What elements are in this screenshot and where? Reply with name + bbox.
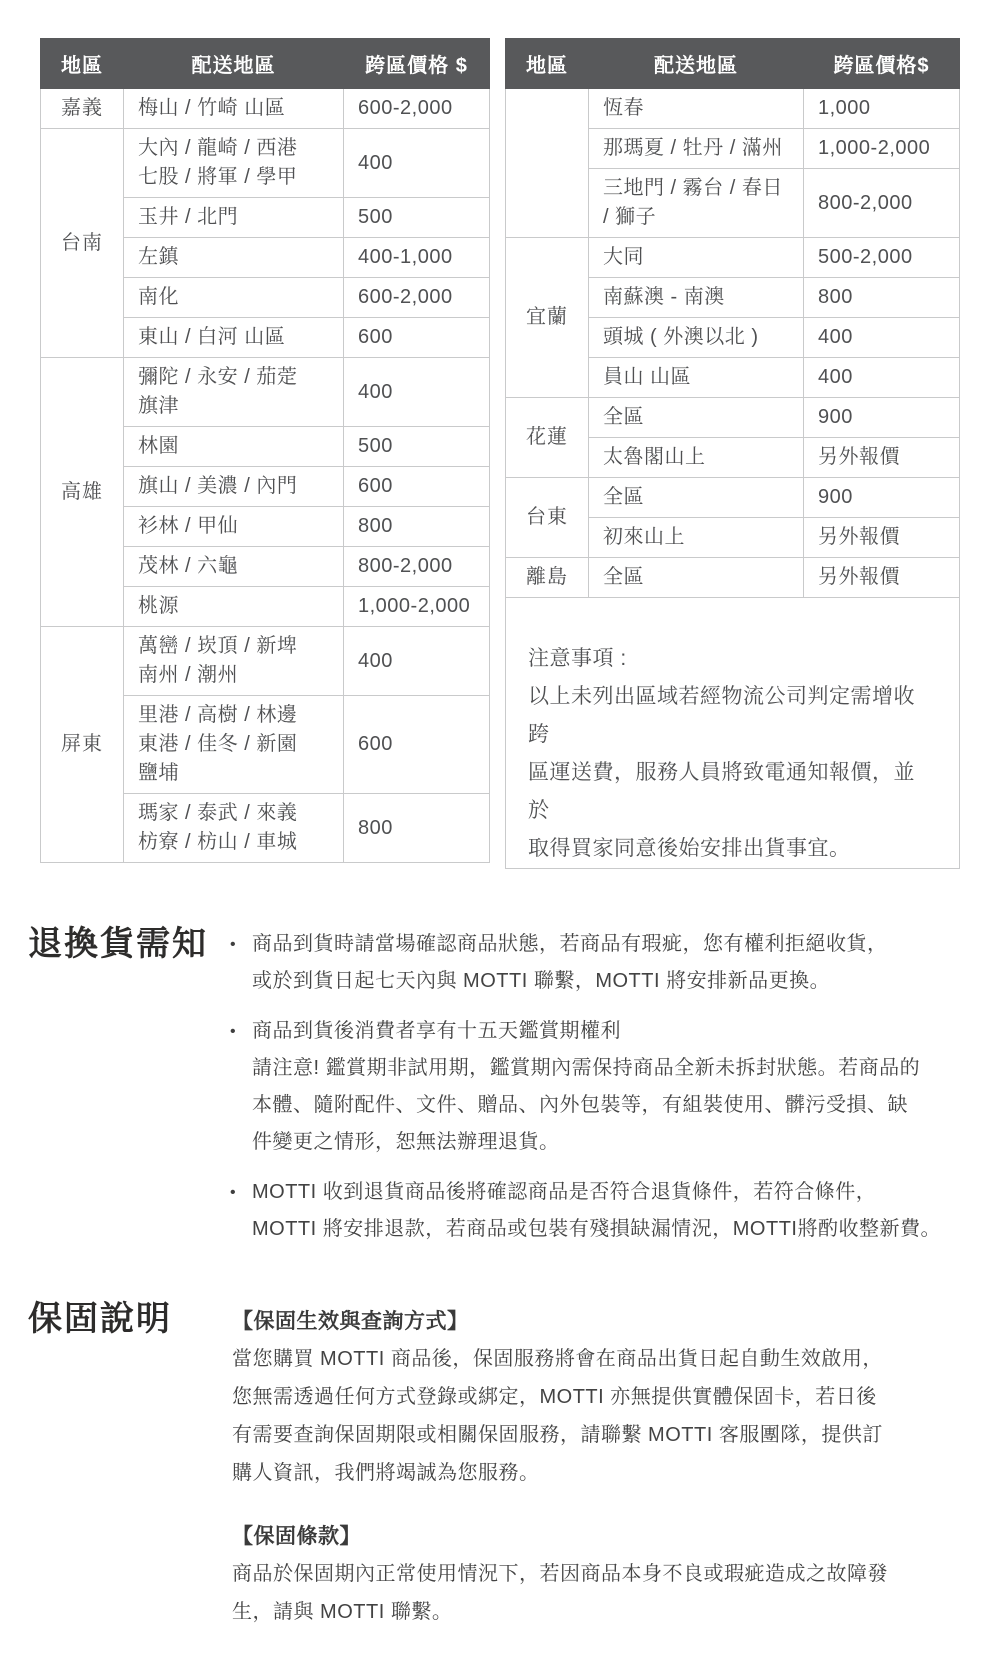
warranty-heading: 保固說明 (28, 1301, 230, 1338)
price-cell: 800 (344, 794, 490, 863)
return-policy-text: 商品到貨時請當場確認商品狀態，若商品有瑕疵，您有權利拒絕收貨， 或於到貨日起七天… (252, 926, 964, 1000)
price-cell: 900 (804, 398, 960, 438)
delivery-area-cell: 南化 (124, 278, 344, 318)
delivery-area-cell: 林園 (124, 427, 344, 467)
warranty-activation-body: 當您購買 MOTTI 商品後，保固服務將會在商品出貨日起自動生效啟用， 您無需透… (232, 1340, 964, 1492)
delivery-area-cell: 全區 (589, 398, 804, 438)
returns-heading: 退換貨需知 (28, 926, 230, 963)
region-cell: 花蓮 (506, 398, 589, 478)
delivery-area-cell: 頭城 ( 外澳以北 ) (589, 318, 804, 358)
table-row: 花蓮全區900 (506, 398, 960, 438)
column-header: 地區 (41, 39, 124, 89)
delivery-area-cell: 彌陀 / 永安 / 茄萣 旗津 (124, 358, 344, 427)
price-cell: 400 (344, 129, 490, 198)
price-cell: 600 (344, 696, 490, 794)
delivery-area-cell: 初來山上 (589, 518, 804, 558)
returns-bullet-list: •商品到貨時請當場確認商品狀態，若商品有瑕疵，您有權利拒絕收貨， 或於到貨日起七… (230, 926, 964, 1261)
delivery-area-cell: 瑪家 / 泰武 / 來義 枋寮 / 枋山 / 車城 (124, 794, 344, 863)
price-cell: 800 (804, 278, 960, 318)
warranty-terms-title: 【保固條款】 (232, 1518, 964, 1555)
delivery-area-cell: 恆春 (589, 89, 804, 129)
price-cell: 1,000 (804, 89, 960, 129)
delivery-area-cell: 茂林 / 六龜 (124, 547, 344, 587)
column-header: 配送地區 (589, 39, 804, 89)
delivery-area-cell: 全區 (589, 478, 804, 518)
return-policy-text: 商品到貨後消費者享有十五天鑑賞期權利 請注意! 鑑賞期非試用期，鑑賞期內需保持商… (252, 1013, 964, 1161)
region-cell: 屏東 (41, 627, 124, 863)
shipping-price-table-right: 地區配送地區跨區價格$恆春1,000那瑪夏 / 牡丹 / 滿州1,000-2,0… (505, 38, 960, 598)
delivery-area-cell: 全區 (589, 558, 804, 598)
price-cell: 400 (804, 318, 960, 358)
delivery-area-cell: 桃源 (124, 587, 344, 627)
table-row: 嘉義梅山 / 竹崎 山區600-2,000 (41, 89, 490, 129)
price-cell: 800-2,000 (804, 169, 960, 238)
table-row: 離島全區另外報價 (506, 558, 960, 598)
notice-text: 注意事項 : 以上未列出區域若經物流公司判定需增收跨 區運送費，服務人員將致電通… (528, 640, 935, 868)
region-cell: 台東 (506, 478, 589, 558)
price-cell: 500 (344, 198, 490, 238)
delivery-area-cell: 里港 / 高樹 / 林邊 東港 / 佳冬 / 新園 鹽埔 (124, 696, 344, 794)
region-cell (506, 89, 589, 238)
price-cell: 900 (804, 478, 960, 518)
price-cell: 500 (344, 427, 490, 467)
delivery-area-cell: 三地門 / 霧台 / 春日 / 獅子 (589, 169, 804, 238)
price-cell: 600 (344, 467, 490, 507)
price-cell: 600-2,000 (344, 89, 490, 129)
column-header: 配送地區 (124, 39, 344, 89)
table-row: 台東全區900 (506, 478, 960, 518)
region-cell: 宜蘭 (506, 238, 589, 398)
warranty-terms-body: 商品於保固期內正常使用情況下，若因商品本身不良或瑕疵造成之故障發 生，請與 MO… (232, 1555, 964, 1631)
region-cell: 台南 (41, 129, 124, 358)
delivery-area-cell: 東山 / 白河 山區 (124, 318, 344, 358)
delivery-area-cell: 左鎮 (124, 238, 344, 278)
column-header: 跨區價格$ (804, 39, 960, 89)
price-cell: 600-2,000 (344, 278, 490, 318)
delivery-area-cell: 梅山 / 竹崎 山區 (124, 89, 344, 129)
shipping-fee-tables: 地區配送地區跨區價格 $嘉義梅山 / 竹崎 山區600-2,000台南大內 / … (0, 0, 1000, 869)
warranty-section: 保固說明 【保固生效與查詢方式】 當您購買 MOTTI 商品後，保固服務將會在商… (0, 1301, 1000, 1657)
table-header-row: 地區配送地區跨區價格$ (506, 39, 960, 89)
region-cell: 離島 (506, 558, 589, 598)
page: 地區配送地區跨區價格 $嘉義梅山 / 竹崎 山區600-2,000台南大內 / … (0, 0, 1000, 1657)
delivery-area-cell: 員山 山區 (589, 358, 804, 398)
right-table-column: 地區配送地區跨區價格$恆春1,000那瑪夏 / 牡丹 / 滿州1,000-2,0… (505, 38, 960, 869)
delivery-area-cell: 大同 (589, 238, 804, 278)
price-cell: 600 (344, 318, 490, 358)
bullet-icon: • (230, 1174, 252, 1211)
warranty-activation-title: 【保固生效與查詢方式】 (232, 1303, 964, 1340)
left-table-column: 地區配送地區跨區價格 $嘉義梅山 / 竹崎 山區600-2,000台南大內 / … (40, 38, 490, 869)
column-header: 地區 (506, 39, 589, 89)
shipping-price-table-left: 地區配送地區跨區價格 $嘉義梅山 / 竹崎 山區600-2,000台南大內 / … (40, 38, 490, 863)
return-policy-item: •MOTTI 收到退貨商品後將確認商品是否符合退貨條件，若符合條件， MOTTI… (230, 1174, 964, 1248)
table-row: 台南大內 / 龍崎 / 西港 七股 / 將軍 / 學甲400 (41, 129, 490, 198)
return-policy-item: •商品到貨時請當場確認商品狀態，若商品有瑕疵，您有權利拒絕收貨， 或於到貨日起七… (230, 926, 964, 1000)
price-cell: 800-2,000 (344, 547, 490, 587)
price-cell: 400 (344, 627, 490, 696)
region-cell: 高雄 (41, 358, 124, 627)
price-cell: 另外報價 (804, 438, 960, 478)
delivery-area-cell: 太魯閣山上 (589, 438, 804, 478)
price-cell: 800 (344, 507, 490, 547)
warranty-activation-block: 【保固生效與查詢方式】 當您購買 MOTTI 商品後，保固服務將會在商品出貨日起… (232, 1303, 964, 1492)
table-row: 恆春1,000 (506, 89, 960, 129)
table-row: 屏東萬巒 / 崁頂 / 新埤 南州 / 潮州400 (41, 627, 490, 696)
table-row: 宜蘭大同500-2,000 (506, 238, 960, 278)
returns-section: 退換貨需知 •商品到貨時請當場確認商品狀態，若商品有瑕疵，您有權利拒絕收貨， 或… (0, 926, 1000, 1261)
price-cell: 另外報價 (804, 558, 960, 598)
region-cell: 嘉義 (41, 89, 124, 129)
return-policy-text: MOTTI 收到退貨商品後將確認商品是否符合退貨條件，若符合條件， MOTTI … (252, 1174, 964, 1248)
price-cell: 400-1,000 (344, 238, 490, 278)
table-row: 高雄彌陀 / 永安 / 茄萣 旗津400 (41, 358, 490, 427)
price-cell: 500-2,000 (804, 238, 960, 278)
bullet-icon: • (230, 926, 252, 963)
delivery-area-cell: 衫林 / 甲仙 (124, 507, 344, 547)
price-cell: 400 (804, 358, 960, 398)
price-cell: 400 (344, 358, 490, 427)
warranty-content: 【保固生效與查詢方式】 當您購買 MOTTI 商品後，保固服務將會在商品出貨日起… (230, 1301, 964, 1657)
delivery-area-cell: 玉井 / 北門 (124, 198, 344, 238)
delivery-area-cell: 那瑪夏 / 牡丹 / 滿州 (589, 129, 804, 169)
bullet-icon: • (230, 1013, 252, 1050)
delivery-area-cell: 旗山 / 美濃 / 內門 (124, 467, 344, 507)
column-header: 跨區價格 $ (344, 39, 490, 89)
notice-box: 注意事項 : 以上未列出區域若經物流公司判定需增收跨 區運送費，服務人員將致電通… (505, 598, 960, 869)
table-header-row: 地區配送地區跨區價格 $ (41, 39, 490, 89)
warranty-terms-block: 【保固條款】 商品於保固期內正常使用情況下，若因商品本身不良或瑕疵造成之故障發 … (232, 1518, 964, 1631)
delivery-area-cell: 萬巒 / 崁頂 / 新埤 南州 / 潮州 (124, 627, 344, 696)
delivery-area-cell: 南蘇澳 - 南澳 (589, 278, 804, 318)
delivery-area-cell: 大內 / 龍崎 / 西港 七股 / 將軍 / 學甲 (124, 129, 344, 198)
price-cell: 1,000-2,000 (344, 587, 490, 627)
price-cell: 另外報價 (804, 518, 960, 558)
price-cell: 1,000-2,000 (804, 129, 960, 169)
return-policy-item: •商品到貨後消費者享有十五天鑑賞期權利 請注意! 鑑賞期非試用期，鑑賞期內需保持… (230, 1013, 964, 1161)
